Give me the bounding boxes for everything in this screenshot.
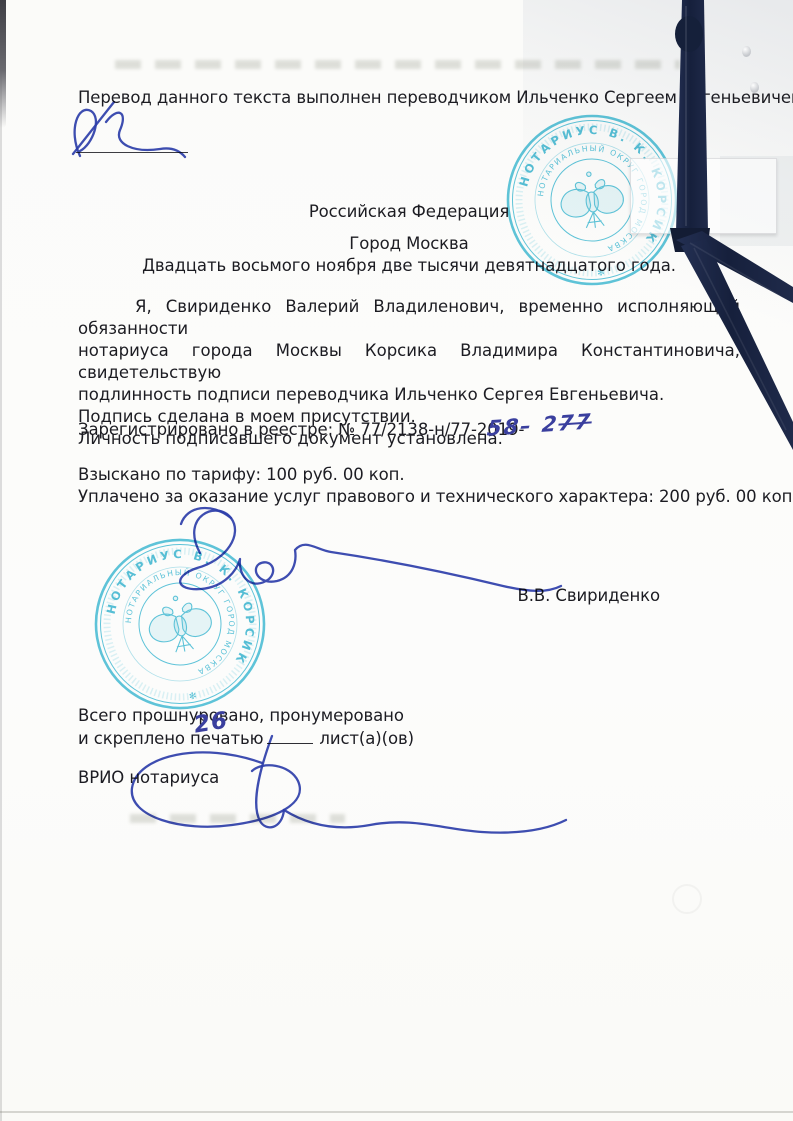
bleedthrough-text-top [115,60,680,69]
double-headed-eagle-emblem [144,591,215,657]
attestation-line: нотариуса города Москвы Корсика Владимир… [78,340,740,384]
scan-edge-left [0,0,6,128]
fee-tariff-line: Взыскано по тарифу: 100 руб. 00 коп. [78,465,405,484]
binding-label-sticker [630,158,777,234]
double-headed-eagle-emblem [558,168,627,231]
scan-edge-left-faint [0,0,2,1121]
translator-signature-initial [62,96,192,171]
official-signature [112,733,577,838]
scanned-notarial-page: Перевод данного текста выполнен переводч… [0,0,793,1121]
attestation-line: подлинность подписи переводчика Ильченко… [78,384,740,406]
registry-number-label: Зарегистрировано в реестре: № 77/2138-н/… [78,420,524,439]
paper-mark-ring [672,884,702,914]
registry-handwritten-crossed-sevens: 77 [557,409,593,436]
stamp-star: ✻ [597,268,606,279]
stamp-star: ✻ [188,691,197,702]
attestation-line: Я, Свириденко Валерий Владиленович, врем… [78,296,740,340]
glue-drop [750,82,759,93]
glue-drop [742,46,751,57]
scan-edge-bottom [0,1111,793,1113]
notary-round-stamp: НОТАРИУС В. К. КОРСИК НОТАРИАЛЬНЫЙ ОКРУГ… [76,520,285,729]
